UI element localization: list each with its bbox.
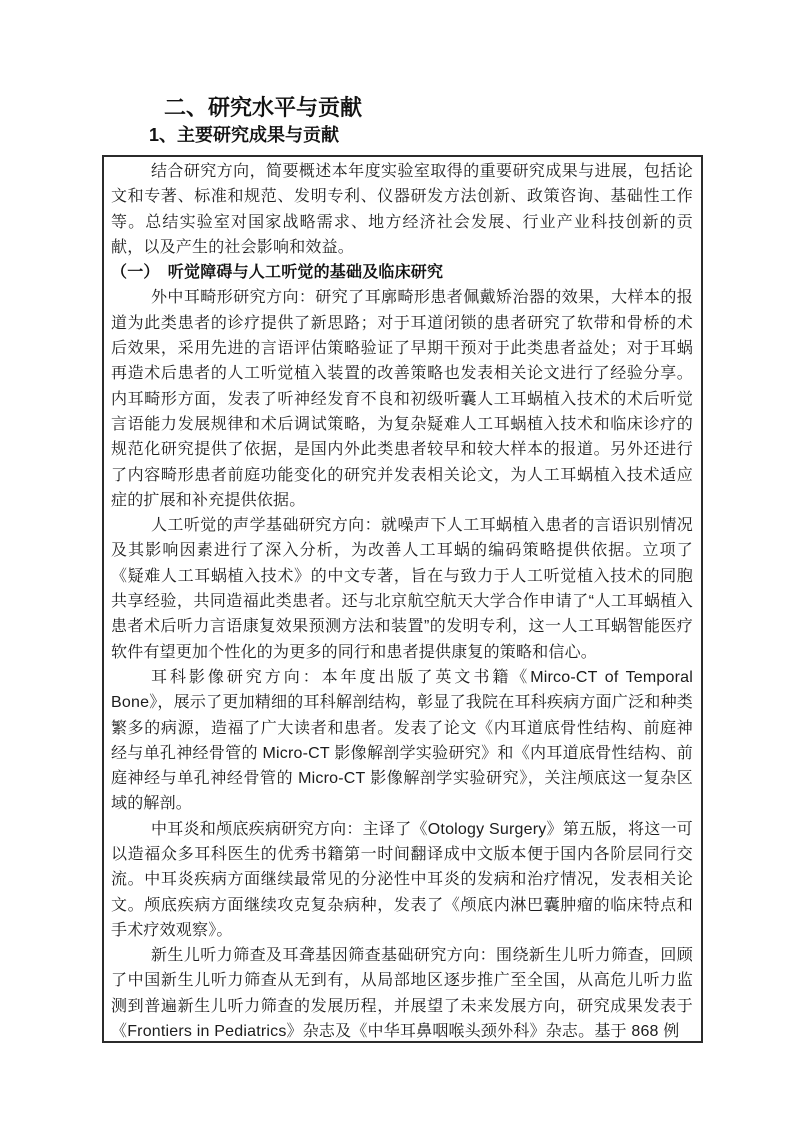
page-subtitle: 1、主要研究成果与贡献 [149,126,800,146]
paragraph-outer-middle-ear-malformation: 外中耳畸形研究方向：研究了耳廓畸形患者佩戴矫治器的效果，大样本的报道为此类患者的… [111,285,693,513]
intro-paragraph: 结合研究方向，简要概述本年度实验室取得的重要研究成果与进展，包括论文和专著、标准… [111,159,693,260]
content-box: 结合研究方向，简要概述本年度实验室取得的重要研究成果与进展，包括论文和专著、标准… [102,155,703,1043]
paragraph-otitis-media-skull-base: 中耳炎和颅底疾病研究方向：主译了《Otology Surgery》第五版，将这一… [111,817,693,943]
page-title: 二、研究水平与贡献 [0,0,800,120]
subsection-heading: （一） 听觉障碍与人工听觉的基础及临床研究 [111,260,693,285]
paragraph-newborn-hearing-screening: 新生儿听力筛查及耳聋基因筛查基础研究方向：围绕新生儿听力筛查，回顾了中国新生儿听… [111,943,693,1043]
paragraph-otologic-imaging: 耳科影像研究方向：本年度出版了英文书籍《Mirco-CT of Temporal… [111,665,693,817]
document-page: 二、研究水平与贡献 1、主要研究成果与贡献 结合研究方向，简要概述本年度实验室取… [0,0,800,1132]
paragraph-acoustic-basis-artificial-hearing: 人工听觉的声学基础研究方向：就噪声下人工耳蜗植入患者的言语识别情况及其影响因素进… [111,513,693,665]
